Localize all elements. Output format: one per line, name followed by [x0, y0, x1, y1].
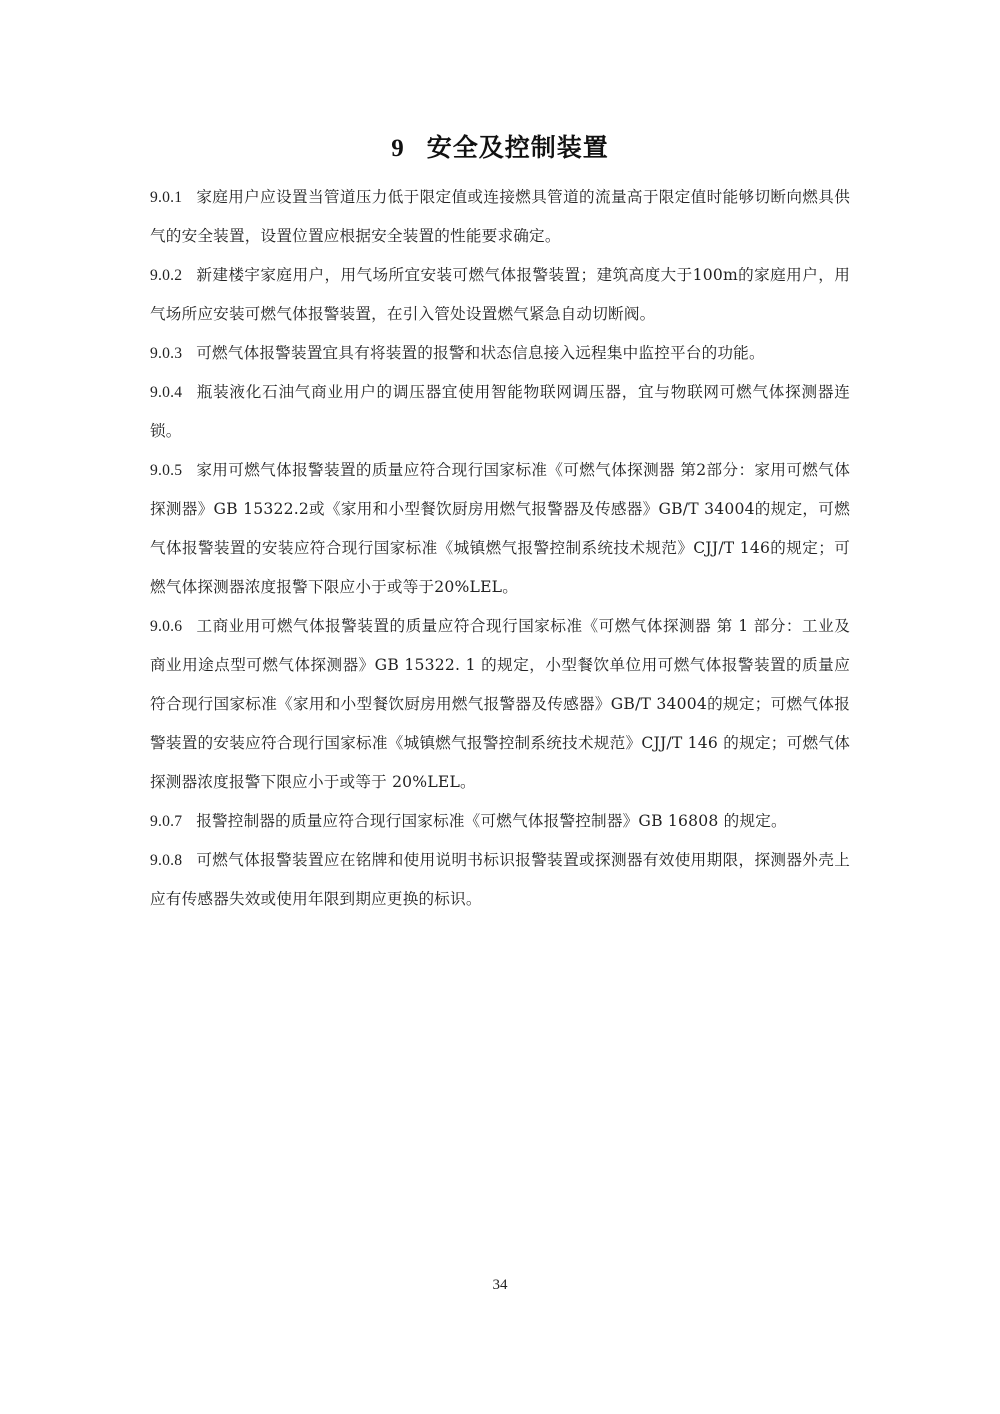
clause-9-0-6: 9.0.6工商业用可燃气体报警装置的质量应符合现行国家标准《可燃气体探测器 第 …	[150, 607, 850, 802]
clause-9-0-7: 9.0.7报警控制器的质量应符合现行国家标准《可燃气体报警控制器》GB 1680…	[150, 802, 850, 841]
page-number: 34	[0, 1277, 1000, 1294]
clause-number: 9.0.2	[150, 267, 182, 284]
clause-9-0-2: 9.0.2新建楼宇家庭用户，用气场所宜安装可燃气体报警装置；建筑高度大于100m…	[150, 256, 850, 334]
clause-text: 家庭用户应设置当管道压力低于限定值或连接燃具管道的流量高于限定值时能够切断向燃具…	[150, 188, 850, 245]
clause-number: 9.0.5	[150, 462, 182, 479]
clause-9-0-1: 9.0.1家庭用户应设置当管道压力低于限定值或连接燃具管道的流量高于限定值时能够…	[150, 178, 850, 256]
chapter-number: 9	[391, 135, 405, 162]
clause-number: 9.0.6	[150, 618, 182, 635]
clause-text: 新建楼宇家庭用户，用气场所宜安装可燃气体报警装置；建筑高度大于100m的家庭用户…	[150, 266, 850, 323]
clause-text: 瓶装液化石油气商业用户的调压器宜使用智能物联网调压器，宜与物联网可燃气体探测器连…	[150, 383, 850, 440]
clause-text: 家用可燃气体报警装置的质量应符合现行国家标准《可燃气体探测器 第2部分：家用可燃…	[150, 461, 850, 596]
clause-number: 9.0.4	[150, 384, 182, 401]
clause-9-0-8: 9.0.8可燃气体报警装置应在铭牌和使用说明书标识报警装置或探测器有效使用期限，…	[150, 841, 850, 919]
clause-9-0-4: 9.0.4瓶装液化石油气商业用户的调压器宜使用智能物联网调压器，宜与物联网可燃气…	[150, 373, 850, 451]
clause-text: 可燃气体报警装置应在铭牌和使用说明书标识报警装置或探测器有效使用期限，探测器外壳…	[150, 851, 850, 908]
clause-number: 9.0.7	[150, 813, 182, 830]
clause-text: 报警控制器的质量应符合现行国家标准《可燃气体报警控制器》GB 16808 的规定…	[196, 812, 787, 830]
clause-number: 9.0.1	[150, 189, 182, 206]
clause-text: 可燃气体报警装置宜具有将装置的报警和状态信息接入远程集中监控平台的功能。	[196, 344, 765, 362]
chapter-title-text: 安全及控制装置	[427, 133, 609, 162]
clause-number: 9.0.8	[150, 852, 182, 869]
clause-9-0-3: 9.0.3可燃气体报警装置宜具有将装置的报警和状态信息接入远程集中监控平台的功能…	[150, 334, 850, 373]
clause-9-0-5: 9.0.5家用可燃气体报警装置的质量应符合现行国家标准《可燃气体探测器 第2部分…	[150, 451, 850, 607]
document-page: 9安全及控制装置 9.0.1家庭用户应设置当管道压力低于限定值或连接燃具管道的流…	[150, 128, 850, 919]
clause-text: 工商业用可燃气体报警装置的质量应符合现行国家标准《可燃气体探测器 第 1 部分：…	[150, 617, 850, 791]
chapter-title: 9安全及控制装置	[150, 128, 850, 168]
clause-number: 9.0.3	[150, 345, 182, 362]
